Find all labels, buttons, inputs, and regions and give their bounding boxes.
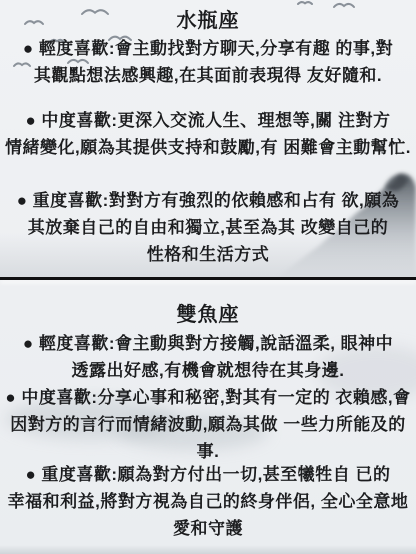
text-line: 性格和生活方式	[0, 241, 416, 268]
text-line: 其放棄自己的自由和獨立,甚至為其 改變自己的	[0, 214, 416, 241]
text-line: ● 輕度喜歡:會主動找對方聊天,分享有趣 的事,對	[0, 35, 416, 62]
text-line: ● 中度喜歡:更深入交流人生、理想等,關 注對方	[0, 107, 416, 134]
pisces-heavy-paragraph: ● 重度喜歡:願為對方付出一切,甚至犧牲自 已的 幸福和利益,將對方視為自己的終…	[0, 461, 416, 542]
text-line: ● 中度喜歡:分享心事和秘密,對其有一定的 衣賴感,會	[0, 384, 416, 411]
text-line: ● 重度喜歡:願為對方付出一切,甚至犧牲自 已的	[0, 461, 416, 488]
text-line: ● 重度喜歡:對對方有強烈的依賴感和占有 欲,願為	[0, 187, 416, 214]
text-line: 其觀點想法感興趣,在其面前表現得 友好隨和.	[0, 62, 416, 89]
text-line: 幸福和利益,將對方視為自己的終身伴侶, 全心全意地	[0, 488, 416, 515]
aquarius-light-paragraph: ● 輕度喜歡:會主動找對方聊天,分享有趣 的事,對 其觀點想法感興趣,在其面前表…	[0, 35, 416, 89]
pisces-title: 雙魚座	[0, 302, 416, 328]
aquarius-title: 水瓶座	[0, 8, 416, 34]
text-line: 透露出好感,有機會就想待在其身邊.	[0, 357, 416, 384]
bottom-shade	[0, 545, 416, 554]
zodiac-infographic: 水瓶座 ● 輕度喜歡:會主動找對方聊天,分享有趣 的事,對 其觀點想法感興趣,在…	[0, 0, 416, 554]
aquarius-heavy-paragraph: ● 重度喜歡:對對方有強烈的依賴感和占有 欲,願為 其放棄自己的自由和獨立,甚至…	[0, 187, 416, 268]
pisces-medium-paragraph: ● 中度喜歡:分享心事和秘密,對其有一定的 衣賴感,會 因對方的言行而情緒波動,…	[0, 384, 416, 465]
text-line: 因對方的言行而情緒波動,願為其做 一些力所能及的	[0, 411, 416, 438]
text-line: 愛和守護	[0, 515, 416, 542]
pisces-light-paragraph: ● 輕度喜歡:會主動與對方接觸,說話溫柔, 眼神中 透露出好感,有機會就想待在其…	[0, 330, 416, 384]
text-line: ● 輕度喜歡:會主動與對方接觸,說話溫柔, 眼神中	[0, 330, 416, 357]
text-line: 情緒變化,願為其提供支持和鼓勵,有 困難會主動幫忙.	[0, 134, 416, 161]
aquarius-medium-paragraph: ● 中度喜歡:更深入交流人生、理想等,關 注對方 情緒變化,願為其提供支持和鼓勵…	[0, 107, 416, 161]
section-divider	[0, 277, 416, 280]
